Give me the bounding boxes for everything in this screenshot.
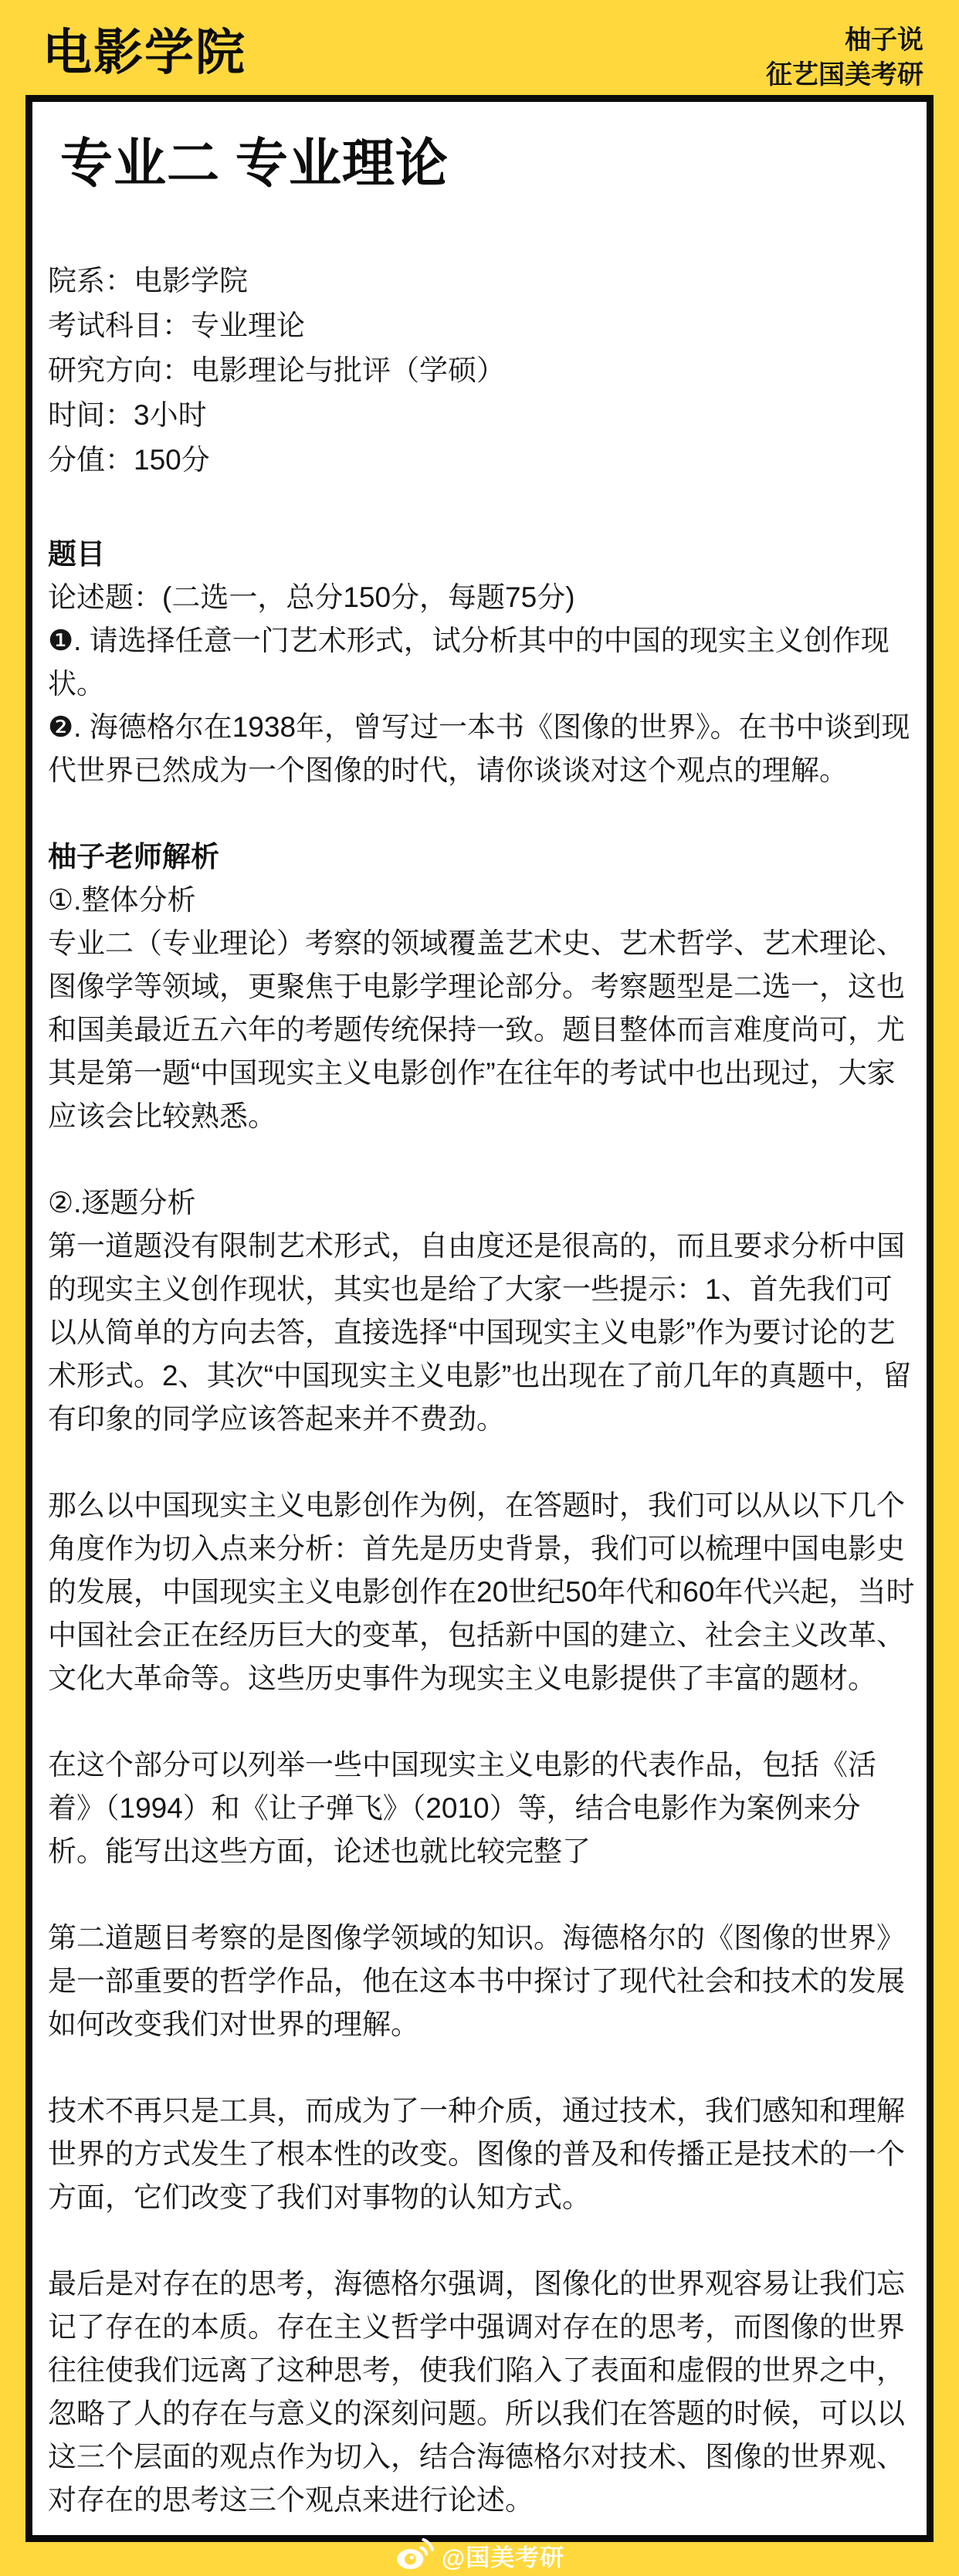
- analysis-heading: 柚子老师解析: [48, 836, 917, 879]
- analysis-section: 柚子老师解析 ①.整体分析 专业二（专业理论）考察的领域覆盖艺术史、艺术哲学、艺…: [48, 836, 917, 2522]
- analysis-paragraph: 那么以中国现实主义电影创作为例，在答题时，我们可以从以下几个角度作为切入点来分析…: [48, 1484, 917, 1700]
- credit-handle: @国美考研: [442, 2538, 564, 2573]
- analysis-paragraph: 最后是对存在的思考，海德格尔强调，图像化的世界观容易让我们忘记了存在的本质。存在…: [48, 2262, 917, 2522]
- question-1: ❶. 请选择任意一门艺术形式，试分析其中的中国的现实主义创作现状。: [48, 619, 917, 706]
- info-line-direction: 研究方向：电影理论与批评（学硕）: [48, 348, 917, 393]
- questions-intro: 论述题：(二选一，总分150分，每题75分): [48, 576, 917, 619]
- info-line-score: 分值：150分: [48, 438, 917, 483]
- info-line-subject: 考试科目：专业理论: [48, 303, 917, 348]
- analysis-paragraph: 技术不再只是工具，而成为了一种介质，通过技术，我们感知和理解世界的方式发生了根本…: [48, 2090, 917, 2219]
- questions-section: 题目 论述题：(二选一，总分150分，每题75分) ❶. 请选择任意一门艺术形式…: [48, 533, 917, 792]
- weibo-icon: [395, 2533, 435, 2573]
- page-title: 专业二 专业理论: [60, 133, 917, 195]
- header: 电影学院 柚子说 征艺国美考研: [0, 0, 959, 95]
- analysis-paragraph: 专业二（专业理论）考察的领域覆盖艺术史、艺术哲学、艺术理论、图像学等领域，更聚焦…: [48, 922, 917, 1138]
- header-byline: 柚子说 征艺国美考研: [766, 20, 923, 93]
- byline-line2: 征艺国美考研: [766, 58, 923, 93]
- byline-line1: 柚子说: [766, 23, 923, 58]
- exam-card: 专业二 专业理论 院系：电影学院 考试科目：专业理论 研究方向：电影理论与批评（…: [25, 95, 934, 2542]
- footer: @国美考研: [0, 2536, 959, 2574]
- questions-heading: 题目: [48, 533, 917, 576]
- analysis-subheading-overall: ①.整体分析: [48, 879, 917, 922]
- info-line-department: 院系：电影学院: [48, 259, 917, 303]
- info-line-duration: 时间：3小时: [48, 393, 917, 438]
- brand-title: 电影学院: [42, 20, 246, 85]
- exam-info: 院系：电影学院 考试科目：专业理论 研究方向：电影理论与批评（学硕） 时间：3小…: [48, 259, 917, 483]
- analysis-paragraph: 第一道题没有限制艺术形式，自由度还是很高的，而且要求分析中国的现实主义创作现状，…: [48, 1225, 917, 1441]
- analysis-paragraph: 在这个部分可以列举一些中国现实主义电影的代表作品，包括《活着》（1994）和《让…: [48, 1744, 917, 1873]
- question-2: ❷. 海德格尔在1938年，曾写过一本书《图像的世界》。在书中谈到现代世界已然成…: [48, 706, 917, 792]
- page: 电影学院 柚子说 征艺国美考研 专业二 专业理论 院系：电影学院 考试科目：专业…: [0, 0, 959, 2576]
- analysis-paragraph: 第二道题目考察的是图像学领域的知识。海德格尔的《图像的世界》是一部重要的哲学作品…: [48, 1917, 917, 2046]
- analysis-subheading-perquestion: ②.逐题分析: [48, 1181, 917, 1225]
